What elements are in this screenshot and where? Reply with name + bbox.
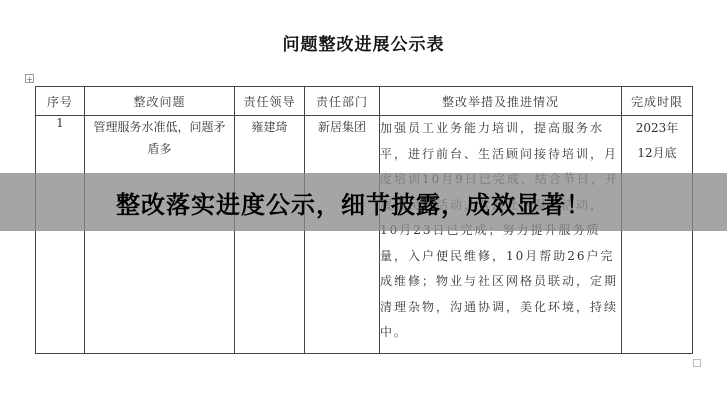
cell-issue: 管理服务水准低，问题矛盾多 bbox=[85, 116, 235, 354]
header-deadline: 完成时限 bbox=[622, 87, 693, 116]
table-row: 1 管理服务水准低，问题矛盾多 雍建琦 新居集团 加强员工业务能力培训，提高服务… bbox=[36, 116, 693, 354]
cell-leader: 雍建琦 bbox=[235, 116, 305, 354]
cell-deadline: 2023年12月底 bbox=[622, 116, 693, 354]
header-seq: 序号 bbox=[36, 87, 85, 116]
header-department: 责任部门 bbox=[305, 87, 380, 116]
resize-table-handle[interactable] bbox=[693, 359, 701, 367]
cell-department: 新居集团 bbox=[305, 116, 380, 354]
document-title: 问题整改进展公示表 bbox=[0, 30, 727, 55]
cell-seq: 1 bbox=[36, 116, 85, 354]
cell-measures: 加强员工业务能力培训，提高服务水平，进行前台、生活顾问接待培训，月度培训10月9… bbox=[380, 116, 622, 354]
header-issue: 整改问题 bbox=[85, 87, 235, 116]
move-table-icon[interactable]: + bbox=[25, 74, 34, 83]
banner-text: 整改落实进度公示，细节披露，成效显著！ bbox=[116, 185, 591, 220]
header-leader: 责任领导 bbox=[235, 87, 305, 116]
table-header-row: 序号 整改问题 责任领导 责任部门 整改举措及推进情况 完成时限 bbox=[36, 87, 693, 116]
header-measures: 整改举措及推进情况 bbox=[380, 87, 622, 116]
headline-banner: 整改落实进度公示，细节披露，成效显著！ bbox=[0, 173, 727, 231]
